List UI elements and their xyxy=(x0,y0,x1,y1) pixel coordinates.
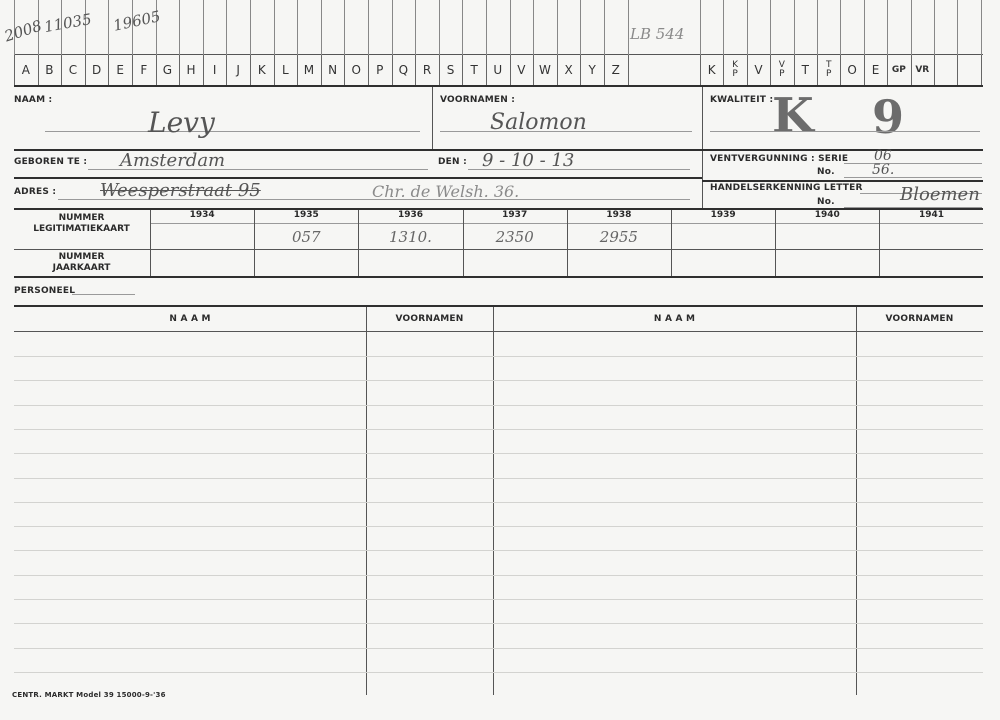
grid-line xyxy=(368,55,369,85)
ruled-line xyxy=(14,502,983,503)
personeel-label: PERSONEEL xyxy=(14,286,75,296)
ventvergunning-no: 56. xyxy=(872,162,894,178)
row-label-line: NUMMER xyxy=(14,213,149,224)
adres-label: ADRES : xyxy=(14,187,56,197)
ruled-line xyxy=(14,453,983,454)
jaarkaart-1938 xyxy=(567,254,671,274)
kwaliteit-letter: K xyxy=(772,88,814,144)
personeel-top-border xyxy=(14,305,983,307)
category-bottom: P xyxy=(779,70,784,79)
year-header-1939: 1939 xyxy=(671,210,775,224)
index-letter-u: U xyxy=(486,55,510,85)
index-letter-y: Y xyxy=(580,55,604,85)
index-letter-f: F xyxy=(132,55,156,85)
category-cell-k: K xyxy=(700,55,723,85)
grid-line xyxy=(250,55,251,85)
grid-line xyxy=(580,55,581,85)
vent-bottom-border xyxy=(702,180,983,182)
index-letter-q: Q xyxy=(392,55,416,85)
grid-line xyxy=(981,55,982,85)
stacked-letters: TP xyxy=(826,61,832,79)
grid-line xyxy=(770,0,771,55)
grid-line xyxy=(957,55,958,85)
ruled-line xyxy=(14,623,983,624)
handelserkenning-no-label: No. xyxy=(817,197,835,207)
adres-value-new: Chr. de Welsh. 36. xyxy=(372,182,519,201)
index-letter-h: H xyxy=(179,55,203,85)
index-strip-bottom-border xyxy=(14,85,983,87)
grid-line xyxy=(392,55,393,85)
divider xyxy=(432,87,433,149)
grid-line xyxy=(38,55,39,85)
year-header-1938: 1938 xyxy=(567,210,671,224)
year-table-bottom-border xyxy=(14,276,983,278)
grid-line xyxy=(911,0,912,55)
jaarkaart-1939 xyxy=(671,254,775,274)
grid-line xyxy=(934,55,935,85)
geboren-bottom-border xyxy=(14,177,702,179)
row-label-line: LEGITIMATIEKAART xyxy=(14,224,149,235)
index-letter-e: E xyxy=(108,55,132,85)
voornamen-label: VOORNAMEN : xyxy=(440,95,515,105)
grid-line xyxy=(557,0,558,55)
ruled-line xyxy=(14,478,983,479)
grid-line xyxy=(415,55,416,85)
grid-line xyxy=(203,0,204,55)
grid-line xyxy=(462,0,463,55)
geboren-label: GEBOREN TE : xyxy=(14,157,87,167)
grid-line xyxy=(439,55,440,85)
index-letter-j: J xyxy=(226,55,250,85)
grid-line xyxy=(604,0,605,55)
index-letter-m: M xyxy=(297,55,321,85)
grid-line xyxy=(817,0,818,55)
naam-value: Levy xyxy=(148,106,215,139)
handelserkenning-label: HANDELSERKENNING LETTER xyxy=(710,183,863,193)
index-letter-k: K xyxy=(250,55,274,85)
jaarkaart-1940 xyxy=(775,254,879,274)
category-cell-t: T xyxy=(794,55,817,85)
year-header-1936: 1936 xyxy=(358,210,462,224)
year-row-divider xyxy=(14,249,983,250)
grid-line xyxy=(723,0,724,55)
col-divider xyxy=(366,307,367,695)
grid-line xyxy=(415,0,416,55)
personeel-underline xyxy=(72,294,135,295)
col-divider xyxy=(493,307,494,695)
year-header-1935: 1935 xyxy=(254,210,358,224)
grid-line xyxy=(628,0,629,55)
year-header-1941: 1941 xyxy=(879,210,983,224)
grid-line xyxy=(61,55,62,85)
grid-line xyxy=(864,0,865,55)
index-letter-z: Z xyxy=(604,55,628,85)
grid-line xyxy=(510,0,511,55)
legitimatiekaart-1934 xyxy=(150,228,254,248)
index-letter-d: D xyxy=(85,55,109,85)
grid-line xyxy=(344,55,345,85)
jaarkaart-1941 xyxy=(879,254,983,274)
grid-line xyxy=(14,55,15,85)
kwaliteit-number: 9 xyxy=(872,90,904,144)
ruled-line xyxy=(14,648,983,649)
naam-underline xyxy=(45,131,420,132)
grid-line xyxy=(486,0,487,55)
grid-line xyxy=(794,0,795,55)
col-divider xyxy=(856,307,857,695)
grid-line xyxy=(486,55,487,85)
grid-line xyxy=(510,55,511,85)
grid-line xyxy=(557,55,558,85)
kwaliteit-label: KWALITEIT : xyxy=(710,95,773,105)
grid-line xyxy=(981,0,982,55)
grid-line xyxy=(700,0,701,55)
footer-imprint: CENTR. MARKT Model 39 15000-9-'36 xyxy=(12,691,166,699)
kwaliteit-underline xyxy=(710,131,980,132)
jaarkaart-1937 xyxy=(463,254,567,274)
index-letter-t: T xyxy=(462,55,486,85)
naam-label: NAAM : xyxy=(14,95,52,105)
grid-line xyxy=(179,0,180,55)
ruled-line xyxy=(14,526,983,527)
geboren-value: Amsterdam xyxy=(120,150,225,171)
index-letter-x: X xyxy=(557,55,581,85)
index-letter-i: I xyxy=(203,55,227,85)
header-naam-left: N A A M xyxy=(14,314,366,324)
grid-line xyxy=(344,0,345,55)
index-letter-r: R xyxy=(415,55,439,85)
voornamen-value: Salomon xyxy=(490,110,587,135)
grid-line xyxy=(297,0,298,55)
grid-line xyxy=(108,0,109,55)
index-letter-n: N xyxy=(321,55,345,85)
note-top-4: LB 544 xyxy=(630,25,684,43)
index-letter-l: L xyxy=(274,55,298,85)
category-bottom: P xyxy=(732,70,737,79)
grid-line xyxy=(392,0,393,55)
jaarkaart-1934 xyxy=(150,254,254,274)
index-letter-b: B xyxy=(38,55,62,85)
index-letter-v: V xyxy=(510,55,534,85)
header-naam-right: N A A M xyxy=(493,314,856,324)
category-bottom: P xyxy=(826,70,831,79)
grid-line xyxy=(439,0,440,55)
legitimatiekaart-1936: 1310. xyxy=(358,228,462,248)
stacked-letters: KP xyxy=(732,61,738,79)
grid-line xyxy=(203,55,204,85)
ruled-line xyxy=(14,550,983,551)
index-letter-o: O xyxy=(344,55,368,85)
jaarkaart-1935 xyxy=(254,254,358,274)
index-letter-s: S xyxy=(439,55,463,85)
jaarkaart-row-label: NUMMER JAARKAART xyxy=(14,252,149,274)
index-letter-g: G xyxy=(156,55,180,85)
grid-line xyxy=(604,55,605,85)
handelserkenning-value: Bloemen xyxy=(900,184,980,205)
grid-line xyxy=(533,0,534,55)
category-cell-vr: VR xyxy=(911,55,934,85)
grid-line xyxy=(934,0,935,55)
ventvergunning-label: VENTVERGUNNING : SERIE xyxy=(710,154,848,164)
legitimatiekaart-1940 xyxy=(775,228,879,248)
grid-line xyxy=(747,0,748,55)
index-letter-a: A xyxy=(14,55,38,85)
grid-line xyxy=(274,55,275,85)
grid-line xyxy=(132,55,133,85)
year-header-1937: 1937 xyxy=(463,210,567,224)
year-header-1934: 1934 xyxy=(150,210,254,224)
grid-line xyxy=(297,55,298,85)
den-label: DEN : xyxy=(438,157,467,167)
legitimatiekaart-1941 xyxy=(879,228,983,248)
grid-line xyxy=(580,0,581,55)
grid-line xyxy=(368,0,369,55)
legitimatiekaart-1938: 2955 xyxy=(567,228,671,248)
ruled-line xyxy=(14,575,983,576)
grid-line xyxy=(628,55,629,85)
index-letter-c: C xyxy=(61,55,85,85)
stacked-letters: VP xyxy=(779,61,785,79)
legitimatiekaart-1935: 057 xyxy=(254,228,358,248)
note-top-3: 19605 xyxy=(112,7,162,35)
grid-line xyxy=(179,55,180,85)
ruled-line xyxy=(14,672,983,673)
jaarkaart-1936 xyxy=(358,254,462,274)
ruled-line xyxy=(14,599,983,600)
serie-underline xyxy=(844,163,982,164)
grid-line xyxy=(85,55,86,85)
divider xyxy=(702,87,703,209)
header-voornamen-left: VOORNAMEN xyxy=(366,314,493,324)
grid-line xyxy=(840,0,841,55)
grid-line xyxy=(274,0,275,55)
header-voornamen-right: VOORNAMEN xyxy=(856,314,983,324)
grid-line xyxy=(156,55,157,85)
ruled-line xyxy=(14,380,983,381)
adres-value-struck: Weesperstraat 95 xyxy=(100,180,261,201)
grid-line xyxy=(321,0,322,55)
grid-line xyxy=(957,0,958,55)
grid-line xyxy=(321,55,322,85)
grid-line xyxy=(226,0,227,55)
category-cell-v: V xyxy=(747,55,770,85)
index-letter-p: P xyxy=(368,55,392,85)
vent-no-underline xyxy=(844,177,982,178)
ventvergunning-no-label: No. xyxy=(817,167,835,177)
grid-line xyxy=(108,55,109,85)
category-cell-gp: GP xyxy=(887,55,910,85)
category-cell-tp: TP xyxy=(817,55,840,85)
ruled-line xyxy=(14,429,983,430)
den-value: 9 - 10 - 13 xyxy=(482,150,574,171)
year-header-1940: 1940 xyxy=(775,210,879,224)
ruled-line xyxy=(14,405,983,406)
index-letter-w: W xyxy=(533,55,557,85)
grid-line xyxy=(887,0,888,55)
row-label-line: JAARKAART xyxy=(14,263,149,274)
category-cell-vp: VP xyxy=(770,55,793,85)
personeel-header-border xyxy=(14,331,983,332)
legitimatiekaart-1939 xyxy=(671,228,775,248)
legitimatiekaart-row-label: NUMMER LEGITIMATIEKAART xyxy=(14,213,149,235)
grid-line xyxy=(462,55,463,85)
category-cell-o: O xyxy=(840,55,863,85)
ruled-line xyxy=(14,356,983,357)
grid-line xyxy=(250,0,251,55)
row-label-line: NUMMER xyxy=(14,252,149,263)
category-cell-kp: KP xyxy=(723,55,746,85)
category-cell-e: E xyxy=(864,55,887,85)
legitimatiekaart-1937: 2350 xyxy=(463,228,567,248)
grid-line xyxy=(226,55,227,85)
grid-line xyxy=(533,55,534,85)
